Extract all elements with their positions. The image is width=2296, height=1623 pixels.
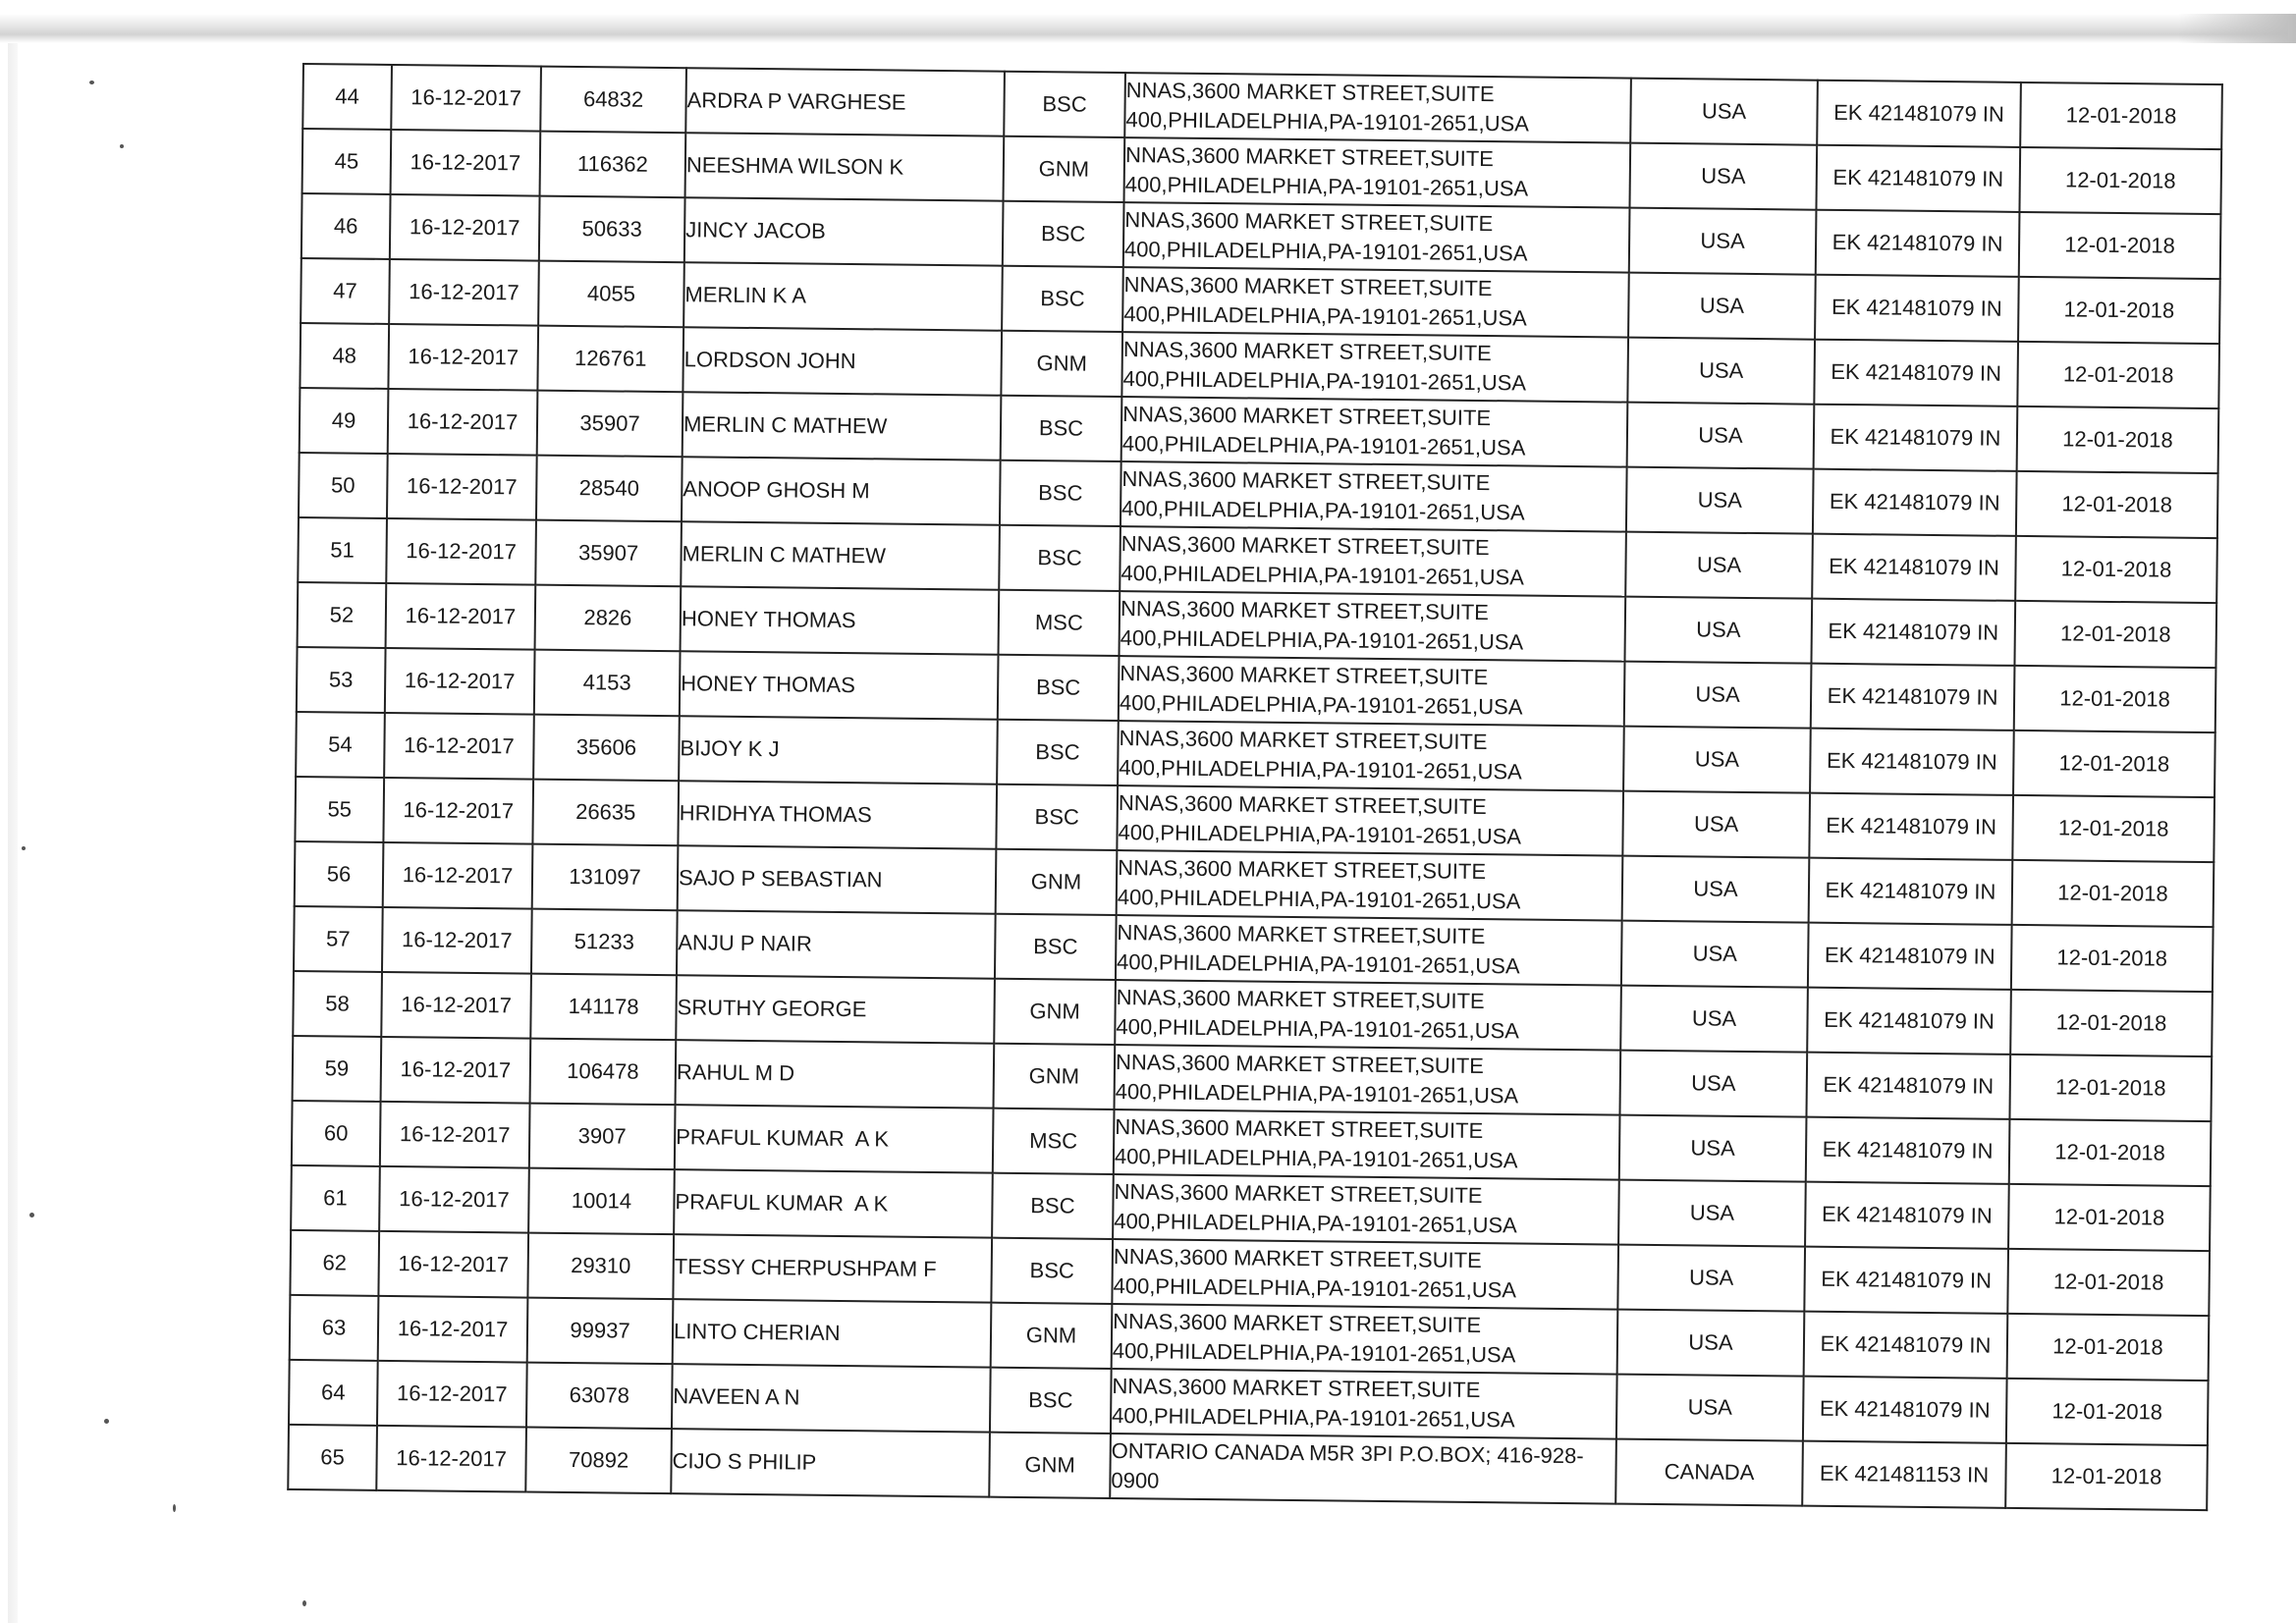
address-line-2: 400,PHILADELPHIA,PA-19101-2651,USA — [1124, 235, 1628, 270]
course-cell: GNM — [1001, 331, 1122, 397]
country-cell: USA — [1617, 1310, 1805, 1377]
scan-speck — [89, 81, 94, 84]
application-number-cell: 99937 — [527, 1298, 674, 1365]
receipt-date-cell: 16-12-2017 — [385, 648, 535, 715]
address-cell: NNAS,3600 MARKET STREET,SUITE 400,PHILAD… — [1117, 785, 1623, 856]
candidate-name-cell: ANJU P NAIR — [677, 910, 996, 979]
receipt-date-cell: 16-12-2017 — [388, 389, 538, 456]
receipt-date-cell: 16-12-2017 — [379, 1166, 529, 1233]
course-cell: BSC — [1000, 460, 1121, 526]
tracking-number-cell: EK 421481153 IN — [1802, 1441, 2006, 1508]
candidate-name-cell: ANOOP GHOSH M — [682, 457, 1001, 525]
address-line-2: 400,PHILADELPHIA,PA-19101-2651,USA — [1118, 818, 1621, 853]
dispatch-date-cell: 12-01-2018 — [2017, 406, 2219, 473]
address-line-2: 400,PHILADELPHIA,PA-19101-2651,USA — [1116, 1077, 1619, 1112]
candidate-name-cell: HONEY THOMAS — [681, 586, 1000, 655]
serial-number-cell: 48 — [300, 323, 389, 389]
country-cell: USA — [1616, 1375, 1804, 1441]
serial-number-cell: 60 — [292, 1101, 381, 1166]
address-line-2: 400,PHILADELPHIA,PA-19101-2651,USA — [1125, 170, 1629, 205]
serial-number-cell: 57 — [294, 906, 383, 972]
address-cell: NNAS,3600 MARKET STREET,SUITE 400,PHILAD… — [1118, 721, 1624, 791]
dispatch-date-cell: 12-01-2018 — [2008, 1184, 2211, 1251]
address-cell: NNAS,3600 MARKET STREET,SUITE 400,PHILAD… — [1123, 202, 1630, 273]
tracking-number-cell: EK 421481079 IN — [1804, 1312, 2008, 1379]
address-line-2: 400,PHILADELPHIA,PA-19101-2651,USA — [1112, 1401, 1615, 1436]
serial-number-cell: 54 — [296, 712, 385, 778]
dispatch-date-cell: 12-01-2018 — [2007, 1314, 2210, 1380]
tracking-number-cell: EK 421481079 IN — [1807, 988, 2011, 1055]
receipt-date-cell: 16-12-2017 — [383, 842, 533, 909]
dispatch-date-cell: 12-01-2018 — [2019, 147, 2221, 214]
address-cell: NNAS,3600 MARKET STREET,SUITE 400,PHILAD… — [1124, 73, 1631, 143]
address-cell: NNAS,3600 MARKET STREET,SUITE 400,PHILAD… — [1114, 1109, 1620, 1180]
country-cell: USA — [1620, 986, 1808, 1053]
receipt-date-cell: 16-12-2017 — [387, 454, 537, 520]
address-cell: NNAS,3600 MARKET STREET,SUITE 400,PHILAD… — [1115, 980, 1621, 1051]
address-line-2: 0900 — [1111, 1466, 1614, 1501]
dispatch-date-cell: 12-01-2018 — [2013, 730, 2215, 797]
application-number-cell: 35907 — [537, 391, 683, 458]
scan-top-shadow-fade — [2178, 14, 2296, 43]
serial-number-cell: 45 — [302, 129, 392, 194]
scan-speck — [302, 1600, 306, 1606]
scan-left-edge — [8, 15, 18, 1623]
address-line-1: ONTARIO CANADA M5R 3PI P.O.BOX; 416-928- — [1112, 1436, 1615, 1472]
course-cell: GNM — [996, 849, 1118, 915]
candidate-name-cell: SAJO P SEBASTIAN — [678, 845, 997, 914]
course-cell: BSC — [1003, 201, 1124, 267]
candidate-name-cell: HRIDHYA THOMAS — [678, 781, 997, 849]
dispatch-date-cell: 12-01-2018 — [2011, 925, 2214, 992]
candidate-name-cell: NEESHMA WILSON K — [685, 133, 1005, 201]
country-cell: USA — [1621, 921, 1809, 988]
country-cell: CANADA — [1615, 1439, 1803, 1506]
receipt-date-cell: 16-12-2017 — [391, 65, 541, 132]
course-cell: BSC — [1004, 72, 1125, 137]
dispatch-date-cell: 12-01-2018 — [2017, 342, 2219, 408]
address-line-2: 400,PHILADELPHIA,PA-19101-2651,USA — [1121, 559, 1624, 594]
candidate-name-cell: MERLIN C MATHEW — [681, 521, 1000, 590]
serial-number-cell: 62 — [290, 1230, 379, 1296]
address-line-2: 400,PHILADELPHIA,PA-19101-2651,USA — [1120, 688, 1623, 724]
tracking-number-cell: EK 421481079 IN — [1810, 729, 2014, 795]
course-cell: GNM — [994, 979, 1116, 1045]
country-cell: USA — [1630, 79, 1818, 145]
serial-number-cell: 65 — [288, 1425, 377, 1490]
dispatch-date-cell: 12-01-2018 — [2007, 1249, 2210, 1316]
country-cell: USA — [1624, 662, 1812, 729]
serial-number-cell: 46 — [301, 193, 391, 259]
country-cell: USA — [1622, 791, 1810, 858]
address-line-2: 400,PHILADELPHIA,PA-19101-2651,USA — [1121, 623, 1624, 659]
address-cell: NNAS,3600 MARKET STREET,SUITE 400,PHILAD… — [1121, 461, 1627, 532]
receipt-date-cell: 16-12-2017 — [383, 778, 533, 844]
tracking-number-cell: EK 421481079 IN — [1815, 275, 2019, 342]
candidate-name-cell: MERLIN C MATHEW — [683, 392, 1002, 460]
serial-number-cell: 44 — [302, 64, 392, 130]
table-body: 44 16-12-2017 64832 ARDRA P VARGHESE BSC… — [288, 64, 2222, 1510]
course-cell: BSC — [1002, 266, 1123, 332]
scan-speck — [120, 144, 124, 148]
candidate-name-cell: CIJO S PHILIP — [671, 1429, 990, 1497]
address-cell: NNAS,3600 MARKET STREET,SUITE 400,PHILAD… — [1124, 137, 1631, 208]
country-cell: USA — [1629, 143, 1817, 210]
application-number-cell: 26635 — [532, 780, 679, 846]
tracking-number-cell: EK 421481079 IN — [1813, 469, 2017, 536]
address-cell: NNAS,3600 MARKET STREET,SUITE 400,PHILAD… — [1115, 1045, 1621, 1115]
course-cell: MSC — [993, 1109, 1115, 1174]
serial-number-cell: 56 — [295, 841, 384, 907]
serial-number-cell: 61 — [291, 1165, 380, 1231]
dispatch-date-cell: 12-01-2018 — [2014, 666, 2216, 732]
course-cell: BSC — [997, 720, 1119, 785]
application-number-cell: 51233 — [531, 909, 678, 976]
tracking-number-cell: EK 421481079 IN — [1814, 405, 2018, 471]
address-line-2: 400,PHILADELPHIA,PA-19101-2651,USA — [1113, 1271, 1616, 1307]
dispatch-date-cell: 12-01-2018 — [2009, 1119, 2212, 1186]
application-number-cell: 4055 — [538, 261, 684, 328]
application-number-cell: 35907 — [535, 520, 682, 587]
application-number-cell: 29310 — [527, 1233, 674, 1300]
address-cell: NNAS,3600 MARKET STREET,SUITE 400,PHILAD… — [1122, 267, 1629, 338]
scan-top-shadow — [0, 14, 2288, 43]
country-cell: USA — [1618, 1180, 1806, 1247]
address-cell: NNAS,3600 MARKET STREET,SUITE 400,PHILAD… — [1117, 850, 1623, 921]
dispatch-date-cell: 12-01-2018 — [2012, 795, 2214, 862]
tracking-number-cell: EK 421481079 IN — [1809, 858, 2013, 925]
address-cell: NNAS,3600 MARKET STREET,SUITE 400,PHILAD… — [1112, 1304, 1618, 1375]
tracking-number-cell: EK 421481079 IN — [1817, 81, 2021, 147]
receipt-date-cell: 16-12-2017 — [384, 713, 534, 780]
address-cell: NNAS,3600 MARKET STREET,SUITE 400,PHILAD… — [1112, 1239, 1618, 1310]
serial-number-cell: 55 — [295, 777, 384, 842]
serial-number-cell: 49 — [300, 388, 389, 454]
candidate-name-cell: LORDSON JOHN — [683, 327, 1002, 396]
serial-number-cell: 51 — [298, 517, 387, 583]
address-line-2: 400,PHILADELPHIA,PA-19101-2651,USA — [1117, 947, 1620, 983]
course-cell: BSC — [990, 1368, 1112, 1434]
serial-number-cell: 64 — [289, 1360, 378, 1426]
dispatch-date-cell: 12-01-2018 — [2020, 82, 2222, 149]
course-cell: BSC — [991, 1238, 1113, 1304]
candidate-name-cell: RAHUL M D — [676, 1040, 995, 1109]
tracking-number-cell: EK 421481079 IN — [1812, 534, 2016, 601]
application-number-cell: 28540 — [536, 456, 683, 522]
tracking-number-cell: EK 421481079 IN — [1816, 145, 2020, 212]
course-cell: BSC — [996, 784, 1118, 850]
dispatch-date-cell: 12-01-2018 — [2005, 1443, 2208, 1510]
address-cell: NNAS,3600 MARKET STREET,SUITE 400,PHILAD… — [1120, 591, 1626, 662]
country-cell: USA — [1627, 338, 1815, 405]
dispatch-register-table: 44 16-12-2017 64832 ARDRA P VARGHESE BSC… — [287, 63, 2223, 1511]
receipt-date-cell: 16-12-2017 — [378, 1296, 528, 1363]
address-line-2: 400,PHILADELPHIA,PA-19101-2651,USA — [1123, 299, 1627, 335]
candidate-name-cell: MERLIN K A — [683, 262, 1003, 331]
address-cell: NNAS,3600 MARKET STREET,SUITE 400,PHILAD… — [1121, 332, 1628, 403]
tracking-number-cell: EK 421481079 IN — [1809, 793, 2013, 860]
dispatch-date-cell: 12-01-2018 — [2010, 990, 2213, 1056]
course-cell: GNM — [989, 1433, 1111, 1498]
course-cell: BSC — [998, 655, 1120, 721]
serial-number-cell: 52 — [298, 582, 387, 648]
receipt-date-cell: 16-12-2017 — [386, 518, 536, 585]
receipt-date-cell: 16-12-2017 — [391, 130, 541, 196]
scan-speck — [22, 846, 26, 850]
dispatch-date-cell: 12-01-2018 — [2012, 860, 2214, 927]
dispatch-date-cell: 12-01-2018 — [2018, 277, 2220, 344]
application-number-cell: 70892 — [525, 1428, 672, 1494]
tracking-number-cell: EK 421481079 IN — [1811, 599, 2015, 666]
course-cell: BSC — [1001, 396, 1122, 461]
dispatch-date-cell: 12-01-2018 — [2009, 1055, 2212, 1121]
application-number-cell: 63078 — [526, 1363, 673, 1430]
country-cell: USA — [1622, 856, 1810, 923]
application-number-cell: 2826 — [535, 585, 682, 652]
country-cell: USA — [1624, 597, 1812, 664]
tracking-number-cell: EK 421481079 IN — [1806, 1053, 2010, 1119]
course-cell: GNM — [994, 1044, 1116, 1109]
tracking-number-cell: EK 421481079 IN — [1814, 340, 2018, 406]
address-line-2: 400,PHILADELPHIA,PA-19101-2651,USA — [1121, 494, 1625, 529]
country-cell: USA — [1619, 1115, 1807, 1182]
address-line-2: 400,PHILADELPHIA,PA-19101-2651,USA — [1122, 429, 1626, 464]
receipt-date-cell: 16-12-2017 — [389, 259, 539, 326]
course-cell: MSC — [999, 590, 1121, 656]
address-cell: NNAS,3600 MARKET STREET,SUITE 400,PHILAD… — [1120, 526, 1626, 597]
country-cell: USA — [1629, 208, 1817, 275]
scan-speck — [29, 1213, 34, 1217]
scan-speck — [173, 1504, 176, 1512]
address-line-2: 400,PHILADELPHIA,PA-19101-2651,USA — [1119, 753, 1622, 788]
address-cell: NNAS,3600 MARKET STREET,SUITE 400,PHILAD… — [1121, 397, 1628, 467]
dispatch-date-cell: 12-01-2018 — [2019, 212, 2221, 279]
serial-number-cell: 63 — [290, 1295, 379, 1361]
candidate-name-cell: PRAFUL KUMAR A K — [675, 1105, 994, 1173]
application-number-cell: 106478 — [530, 1039, 677, 1106]
receipt-date-cell: 16-12-2017 — [378, 1231, 528, 1298]
tracking-number-cell: EK 421481079 IN — [1811, 664, 2015, 730]
candidate-name-cell: HONEY THOMAS — [680, 651, 999, 720]
course-cell: BSC — [995, 914, 1117, 980]
address-line-2: 400,PHILADELPHIA,PA-19101-2651,USA — [1125, 105, 1629, 140]
tracking-number-cell: EK 421481079 IN — [1805, 1182, 2009, 1249]
receipt-date-cell: 16-12-2017 — [382, 907, 532, 974]
candidate-name-cell: TESSY CHERPUSHPAM F — [673, 1234, 992, 1303]
receipt-date-cell: 16-12-2017 — [388, 324, 538, 391]
application-number-cell: 3907 — [529, 1104, 676, 1170]
address-line-2: 400,PHILADELPHIA,PA-19101-2651,USA — [1116, 1012, 1619, 1048]
country-cell: USA — [1626, 467, 1814, 534]
dispatch-date-cell: 12-01-2018 — [2016, 471, 2218, 538]
candidate-name-cell: JINCY JACOB — [684, 197, 1004, 266]
application-number-cell: 64832 — [540, 67, 686, 134]
address-line-2: 400,PHILADELPHIA,PA-19101-2651,USA — [1113, 1336, 1616, 1372]
receipt-date-cell: 16-12-2017 — [380, 1102, 530, 1168]
country-cell: USA — [1617, 1245, 1805, 1312]
serial-number-cell: 53 — [297, 647, 386, 713]
dispatch-date-cell: 12-01-2018 — [2006, 1379, 2209, 1445]
application-number-cell: 50633 — [539, 196, 685, 263]
country-cell: USA — [1625, 532, 1813, 599]
candidate-name-cell: BIJOY K J — [679, 716, 998, 784]
address-line-2: 400,PHILADELPHIA,PA-19101-2651,USA — [1118, 883, 1621, 918]
application-number-cell: 131097 — [532, 844, 679, 911]
tracking-number-cell: EK 421481079 IN — [1803, 1377, 2007, 1443]
serial-number-cell: 50 — [299, 453, 388, 518]
receipt-date-cell: 16-12-2017 — [381, 1037, 531, 1104]
address-cell: NNAS,3600 MARKET STREET,SUITE 400,PHILAD… — [1113, 1174, 1619, 1245]
serial-number-cell: 47 — [301, 258, 390, 324]
receipt-date-cell: 16-12-2017 — [381, 972, 531, 1039]
address-cell: NNAS,3600 MARKET STREET,SUITE 400,PHILAD… — [1116, 915, 1622, 986]
tracking-number-cell: EK 421481079 IN — [1816, 210, 2020, 277]
receipt-date-cell: 16-12-2017 — [376, 1426, 526, 1492]
course-cell: GNM — [991, 1303, 1113, 1369]
candidate-name-cell: PRAFUL KUMAR A K — [674, 1169, 993, 1238]
country-cell: USA — [1628, 273, 1816, 340]
dispatch-register-page: 44 16-12-2017 64832 ARDRA P VARGHESE BSC… — [287, 63, 2221, 1511]
candidate-name-cell: SRUTHY GEORGE — [676, 975, 995, 1044]
course-cell: GNM — [1004, 136, 1125, 202]
address-cell: ONTARIO CANADA M5R 3PI P.O.BOX; 416-928-… — [1110, 1434, 1616, 1504]
serial-number-cell: 59 — [293, 1036, 382, 1102]
address-line-2: 400,PHILADELPHIA,PA-19101-2651,USA — [1114, 1207, 1617, 1242]
receipt-date-cell: 16-12-2017 — [386, 583, 536, 650]
application-number-cell: 126761 — [537, 326, 683, 393]
course-cell: BSC — [999, 525, 1121, 591]
tracking-number-cell: EK 421481079 IN — [1806, 1117, 2010, 1184]
serial-number-cell: 58 — [293, 971, 382, 1037]
receipt-date-cell: 16-12-2017 — [377, 1361, 527, 1428]
dispatch-date-cell: 12-01-2018 — [2014, 601, 2216, 668]
candidate-name-cell: NAVEEN A N — [672, 1364, 991, 1433]
application-number-cell: 141178 — [530, 974, 677, 1041]
address-cell: NNAS,3600 MARKET STREET,SUITE 400,PHILAD… — [1111, 1369, 1617, 1439]
application-number-cell: 35606 — [533, 715, 680, 782]
candidate-name-cell: LINTO CHERIAN — [673, 1299, 992, 1368]
application-number-cell: 10014 — [528, 1168, 675, 1235]
application-number-cell: 4153 — [534, 650, 681, 717]
address-line-2: 400,PHILADELPHIA,PA-19101-2651,USA — [1115, 1142, 1618, 1177]
application-number-cell: 116362 — [540, 132, 686, 198]
scan-speck — [104, 1419, 109, 1424]
country-cell: USA — [1619, 1051, 1807, 1117]
dispatch-date-cell: 12-01-2018 — [2015, 536, 2217, 603]
address-cell: NNAS,3600 MARKET STREET,SUITE 400,PHILAD… — [1119, 656, 1625, 727]
address-line-2: 400,PHILADELPHIA,PA-19101-2651,USA — [1122, 364, 1626, 400]
country-cell: USA — [1623, 727, 1811, 793]
course-cell: BSC — [992, 1173, 1114, 1239]
tracking-number-cell: EK 421481079 IN — [1804, 1247, 2008, 1314]
tracking-number-cell: EK 421481079 IN — [1808, 923, 2012, 990]
receipt-date-cell: 16-12-2017 — [390, 194, 540, 261]
country-cell: USA — [1627, 403, 1815, 469]
candidate-name-cell: ARDRA P VARGHESE — [685, 68, 1005, 136]
